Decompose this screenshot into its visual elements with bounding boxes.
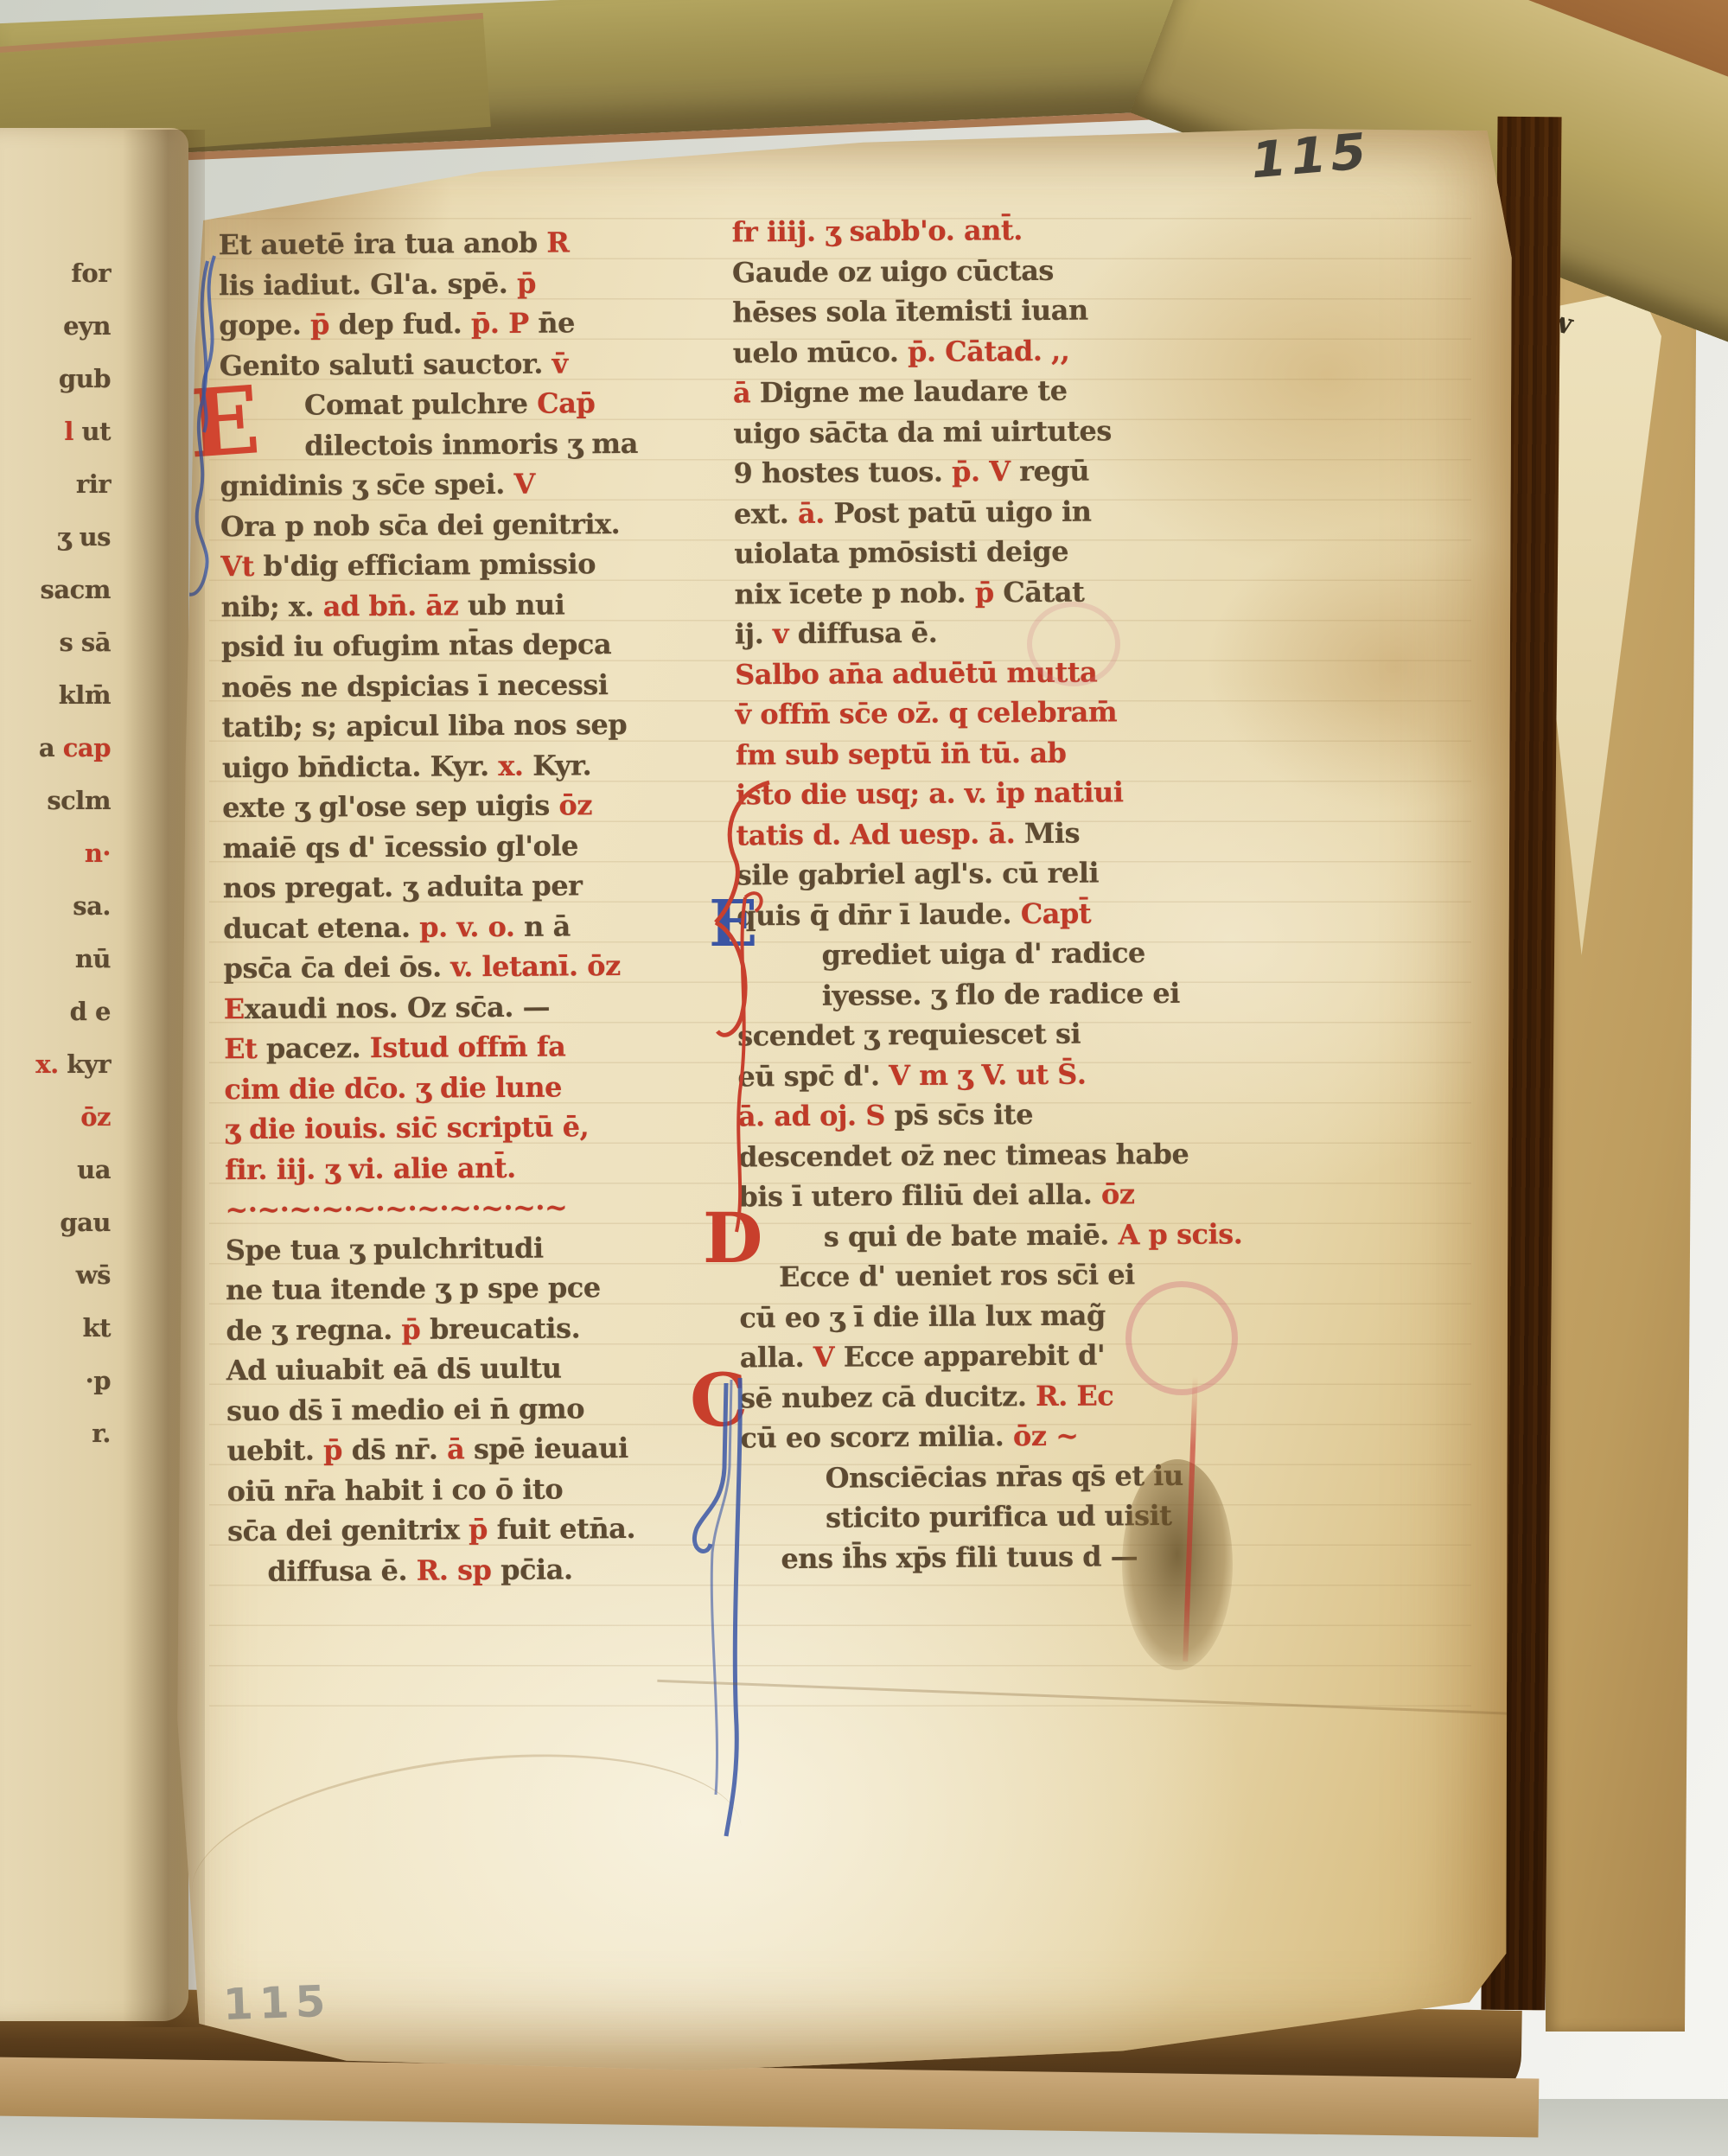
text-line: uiolata pmōsisti deige <box>734 530 1343 574</box>
text-run: n ā <box>524 909 571 942</box>
text-run: breucatis. <box>430 1311 580 1345</box>
text-line: Exaudi nos. Oz sc̄a. — <box>224 985 784 1029</box>
text-run: Ad uiuabit eā ds̄ uultu <box>226 1352 562 1387</box>
text-run: maiē qs d' īcessio gl'ole <box>222 829 578 864</box>
text-run: Cap̄ <box>537 386 595 419</box>
text-line: uigo sāc̄ta da mi uirtutes <box>733 409 1342 453</box>
text-run: p̄ <box>310 308 339 341</box>
text-run: V <box>513 468 535 501</box>
text-line: v̄ offm̄ sc̄e oz̄. q celebram̄ <box>735 691 1344 735</box>
text-run: regū <box>1019 455 1089 488</box>
text-line: nix īcete p nob. p̄ Cātat <box>734 570 1343 614</box>
text-run: Et auetē ira tua anob <box>219 226 547 262</box>
text-run: ōz <box>1101 1177 1135 1210</box>
text-run: v. letanī. ōz <box>450 949 621 983</box>
text-line: Ora p nob sc̄a dei genitrix. <box>220 502 781 546</box>
text-run: ā <box>447 1432 474 1465</box>
text-line: ext. ā. Post patū uigo in <box>734 489 1343 533</box>
faint-pink-ring-stain <box>1027 602 1120 686</box>
text-run: noēs ne dspicias ī necessi <box>221 668 609 704</box>
pink-ring-stain <box>1125 1281 1238 1395</box>
text-run: ne tua itende ʒ p spe pce <box>226 1271 601 1306</box>
text-run: E <box>224 992 245 1025</box>
text-line: ne tua itende ʒ p spe pce <box>226 1266 786 1311</box>
text-line: ʒ die iouis. sic̄ scriptū ē, <box>225 1106 785 1150</box>
text-run: pacez. <box>266 1031 370 1065</box>
text-line: cim die dc̄o. ʒ die lune <box>224 1065 784 1109</box>
text-run: alla. <box>740 1341 813 1375</box>
text-line: grediet uiga d' radice <box>736 932 1346 976</box>
text-line: x. kyr <box>0 1038 111 1091</box>
text-run: gau <box>60 1208 111 1237</box>
text-line: fir. iij. ʒ vi. alie ant̄. <box>225 1145 785 1190</box>
text-run: R. sp <box>417 1553 501 1587</box>
text-run: uiolata pmōsisti deige <box>734 535 1068 571</box>
text-line: uelo mūco. p̄. Cātad. ,, <box>732 329 1342 373</box>
text-line: Ecce d' ueniet ros sc̄i ei <box>739 1253 1349 1298</box>
text-line: tatis d. Ad uesp. ā. Mis <box>736 811 1345 855</box>
text-run: Spe tua ʒ pulchritudi <box>226 1231 544 1266</box>
text-run: descendet oz̄ nec timeas habe <box>738 1137 1189 1173</box>
text-line: gau <box>0 1196 111 1249</box>
text-run: n· <box>85 839 111 868</box>
text-run: ōz ~ <box>1013 1419 1079 1453</box>
text-line: ws̄ <box>0 1249 111 1302</box>
text-run: s qui de bate maiē. <box>824 1218 1119 1253</box>
text-line: fm sub septū in̄ tū. ab <box>736 730 1345 775</box>
text-run: nos pregat. ʒ aduita per <box>223 869 583 904</box>
text-run: isto die usq; a. v. ip natiui <box>736 775 1124 811</box>
text-line: ducat etena. p. v. o. n ā <box>223 904 783 948</box>
text-run: rir <box>76 469 111 499</box>
text-line: Et pacez. Istud offm̄ fa <box>224 1025 784 1069</box>
text-run: tatis d. Ad uesp. ā. <box>736 817 1024 852</box>
text-run: sacm <box>41 575 111 604</box>
text-line: s qui de bate maiē. A p scis. <box>739 1213 1349 1257</box>
text-run: d e <box>70 997 111 1026</box>
text-run: nib; x. <box>220 590 322 623</box>
text-line: Onsciēcias nr̄as qs̄ et iu <box>741 1454 1350 1498</box>
text-run: diffusa ē. <box>798 616 938 650</box>
text-line: kt <box>0 1302 111 1355</box>
text-run: dilectois inmoris ʒ ma <box>304 426 638 462</box>
text-run: Comat pulchre <box>304 387 537 422</box>
text-line: de ʒ regna. p̄ breucatis. <box>226 1306 786 1350</box>
text-run: x. <box>498 749 532 781</box>
text-run: kyr <box>67 1049 111 1079</box>
facing-page-text-fragments: foreyngubl utrirʒ ussacms sāklm̄a capscl… <box>0 247 114 1460</box>
text-line: psc̄a c̄a dei ōs. v. letanī. ōz <box>223 945 783 989</box>
text-run: exte ʒ gl'ose sep uigis <box>222 789 558 825</box>
text-run: psid iu ofugim nt̄as depca <box>221 628 612 663</box>
text-line: ā Digne me laudare te <box>733 369 1342 413</box>
text-line: oiū nr̄a habit i co ō ito <box>227 1467 787 1511</box>
text-run: quis q̄ dn̄r ī laude. <box>736 897 1021 932</box>
text-line: Vt b'dig efficiam pmissio <box>220 543 781 587</box>
text-run: Istud offm̄ fa <box>370 1030 566 1064</box>
text-line: fr iiij. ʒ sabb'o. ant̄. <box>731 208 1341 252</box>
text-run: Vt <box>220 550 264 583</box>
text-run: nix īcete p nob. <box>734 576 974 610</box>
text-line: ~·~·~·~·~·~·~·~·~·~·~ <box>225 1186 785 1230</box>
text-run: de ʒ regna. <box>226 1312 401 1346</box>
text-run: cim die dc̄o. ʒ die lune <box>224 1070 562 1106</box>
text-run: gope. <box>219 309 310 342</box>
text-line: nū <box>0 933 111 986</box>
text-run: Mis <box>1024 816 1080 849</box>
text-run: p̄ <box>975 576 1004 609</box>
text-run: x. <box>35 1049 67 1079</box>
text-line: sacm <box>0 564 111 616</box>
text-run: fuit etn̄a. <box>496 1512 635 1546</box>
text-line: for <box>0 247 111 300</box>
text-line: sa. <box>0 880 111 933</box>
text-run: ~·~·~·~·~·~·~·~·~·~·~ <box>225 1190 567 1226</box>
text-line: noēs ne dspicias ī necessi <box>221 663 781 707</box>
text-run: a <box>39 733 63 762</box>
text-line: ʒ us <box>0 511 111 564</box>
text-run: hēses sola ītemisti iuan <box>732 294 1088 329</box>
text-line: d e <box>0 986 111 1038</box>
text-line: klm̄ <box>0 669 111 722</box>
text-run: p̄. P <box>471 307 539 341</box>
text-run: n̄e <box>538 306 575 339</box>
parchment-wrinkle <box>180 1726 754 1993</box>
text-line: exte ʒ gl'ose sep uigis ōz <box>222 784 782 828</box>
text-line: sc̄a dei genitrix p̄ fuit etn̄a. <box>227 1508 787 1552</box>
text-line: ·p <box>0 1355 111 1407</box>
text-line: ā. ad oj. S ps̄ sc̄s ite <box>738 1093 1348 1137</box>
text-run: kt <box>83 1313 112 1343</box>
text-run: gub <box>59 364 111 393</box>
text-run: ext. <box>734 496 798 530</box>
text-run: bis ī utero filiū dei alla. <box>738 1178 1101 1214</box>
text-run: ā. ad oj. S <box>738 1099 895 1132</box>
text-run: dep fud. <box>338 307 471 341</box>
text-run: uigo bn̄dicta. Kyr. <box>222 749 499 784</box>
text-line: isto die usq; a. v. ip natiui <box>736 771 1345 815</box>
text-line: sē nubez cā ducitz. R. Ec <box>740 1374 1349 1418</box>
text-column-right: fr iiij. ʒ sabb'o. ant̄.Gaude oz uigo cū… <box>731 208 1350 1579</box>
folio-number-top: 115 <box>1247 121 1374 190</box>
text-run: sticito purifica ud uisit <box>826 1499 1172 1534</box>
text-line: ens ih̄s xp̄s fili tuus d — <box>741 1534 1350 1579</box>
text-run: scendet ʒ requiescet si <box>737 1017 1081 1053</box>
text-run: p̄ <box>323 1433 352 1466</box>
text-line: Genito saluti sauctor. v̄ <box>219 341 779 386</box>
text-run: klm̄ <box>59 680 111 710</box>
text-line: 9 hostes tuos. p̄. V regū <box>733 450 1342 494</box>
text-run: cū eo ʒ ī die illa lux mag̃ <box>739 1298 1106 1334</box>
text-run: cū eo scorz milia. <box>740 1419 1013 1454</box>
text-run: sē nubez cā ducitz. <box>740 1380 1036 1414</box>
text-run: b'dig efficiam pmissio <box>263 547 596 583</box>
text-line: rir <box>0 458 111 511</box>
text-run: Et <box>224 1032 266 1065</box>
text-line: Et auetē ira tua anob R <box>218 221 778 265</box>
text-line: eū spc̄ d'. V m ʒ V. ut S̄. <box>737 1052 1347 1096</box>
text-run: psc̄a c̄a dei ōs. <box>223 950 450 985</box>
text-run: ub nui <box>468 588 565 622</box>
text-run: p̄. V <box>952 455 1019 488</box>
text-run: ut <box>73 417 111 446</box>
text-line: alla. V Ecce apparebit d' <box>740 1334 1349 1378</box>
text-run: r. <box>92 1419 111 1448</box>
text-run: R. Ec <box>1036 1379 1114 1413</box>
text-run: Capt̄ <box>1021 896 1092 930</box>
text-run: ad bn̄. āz <box>323 589 468 622</box>
initial-letter-red-c: C <box>688 1362 749 1438</box>
text-run: oiū nr̄a habit i co ō ito <box>227 1472 564 1508</box>
text-run: p. v. o. <box>419 909 524 943</box>
text-run: p̄. Cātad. ,, <box>908 334 1070 367</box>
text-run: ps̄ sc̄s ite <box>894 1098 1033 1132</box>
text-line: dilectois inmoris ʒ ma <box>220 422 780 466</box>
text-line: gub <box>0 353 111 405</box>
text-line: gope. p̄ dep fud. p̄. P n̄e <box>219 302 779 346</box>
text-run: l <box>64 417 73 446</box>
text-run: ens ih̄s xp̄s fili tuus d — <box>781 1540 1138 1575</box>
text-run: Digne me laudare te <box>760 374 1068 409</box>
facing-page-edge: foreyngubl utrirʒ ussacms sāklm̄a capscl… <box>0 128 188 2021</box>
text-run: eū spc̄ d'. <box>737 1059 889 1093</box>
text-run: eyn <box>63 311 111 341</box>
text-run: diffusa ē. <box>267 1553 417 1587</box>
text-run: Genito saluti sauctor. <box>219 347 552 382</box>
text-run: fir. iij. ʒ vi. alie ant̄. <box>225 1151 516 1185</box>
text-line: quis q̄ dn̄r ī laude. Capt̄ <box>736 891 1346 935</box>
text-run: sa. <box>73 891 111 921</box>
initial-letter-red-d: D <box>703 1203 762 1273</box>
text-run: Post patū uigo in <box>833 494 1091 529</box>
text-line: tatib; s; apicul liba nos sep <box>221 704 781 748</box>
text-run: sc̄a dei genitrix <box>227 1513 469 1547</box>
text-run: Gaude oz uigo cūctas <box>732 253 1054 289</box>
text-run: ʒ us <box>57 522 111 552</box>
initial-letter-red-e: E <box>185 373 263 471</box>
text-run: grediet uiga d' radice <box>821 936 1145 972</box>
text-run: ds̄ nr̄. <box>351 1432 447 1466</box>
text-run: ā. <box>798 496 834 529</box>
text-run: v <box>773 617 798 650</box>
text-line: sclm <box>0 775 111 827</box>
text-line: hēses sola ītemisti iuan <box>732 289 1342 333</box>
text-run: nū <box>75 944 111 973</box>
initial-letter-blue-e: E <box>709 892 757 956</box>
text-run: R <box>546 226 569 258</box>
text-line: uigo bn̄dicta. Kyr. x. Kyr. <box>222 743 782 788</box>
text-run: Onsciēcias nr̄as qs̄ et iu <box>826 1458 1183 1494</box>
text-run: ua <box>77 1155 111 1184</box>
text-run: Kyr. <box>532 749 591 781</box>
text-run: A p scis. <box>1118 1217 1242 1251</box>
text-run: ōz <box>80 1102 111 1132</box>
text-run: ā <box>733 376 760 409</box>
text-run: ij. <box>735 617 773 650</box>
text-run: uigo sāc̄ta da mi uirtutes <box>733 414 1112 450</box>
text-run: V m ʒ V. ut S̄. <box>889 1057 1086 1092</box>
text-run: ws̄ <box>76 1260 111 1290</box>
text-run: v̄ <box>552 347 567 380</box>
text-line: iyesse. ʒ flo de radice ei <box>737 972 1347 1016</box>
text-line: maiē qs d' īcessio gl'ole <box>222 824 782 868</box>
text-line: sticito purifica ud uisit <box>741 1495 1350 1539</box>
text-run: gnidinis ʒ sc̄e spei. <box>220 468 513 502</box>
text-line: n· <box>0 827 111 880</box>
text-line: scendet ʒ requiescet si <box>737 1012 1347 1056</box>
ink-stain-dark <box>1122 1459 1233 1670</box>
text-run: Ora p nob sc̄a dei genitrix. <box>220 507 621 543</box>
manuscript-photo: w foreyngubl utrirʒ ussacms sāklm̄a caps… <box>0 0 1728 2156</box>
parchment-crease <box>657 1680 1521 1715</box>
text-run: p̄ <box>401 1312 430 1345</box>
text-run: xaudi nos. Oz sc̄a. — <box>245 990 551 1024</box>
text-line: Gaude oz uigo cūctas <box>732 248 1342 292</box>
text-line: lis iadiut. Gl'a. spē. p̄ <box>219 261 779 305</box>
text-run: lis iadiut. Gl'a. spē. <box>219 266 517 301</box>
text-line: ua <box>0 1144 111 1196</box>
text-run: spē ieuaui <box>474 1432 628 1465</box>
text-run: s sā <box>59 628 111 657</box>
text-line: gnidinis ʒ sc̄e spei. V <box>220 462 780 507</box>
text-run: tatib; s; apicul liba nos sep <box>221 708 627 743</box>
text-line: r. <box>0 1407 111 1460</box>
text-run: Ecce apparebit d' <box>844 1338 1106 1373</box>
text-run: fr iiij. ʒ sabb'o. ant̄. <box>732 214 1023 248</box>
text-line: nos pregat. ʒ aduita per <box>223 864 783 909</box>
text-line: bis ī utero filiū dei alla. ōz <box>738 1173 1348 1217</box>
text-run: ducat etena. <box>223 910 419 945</box>
text-line: cū eo scorz milia. ōz ~ <box>740 1414 1349 1458</box>
text-run: sile gabriel agl's. cū reli <box>736 857 1100 892</box>
text-run: ōz <box>558 788 592 821</box>
manuscript-page: 115 Et auetē ira tua anob Rlis iadiut. G… <box>156 121 1517 2070</box>
text-run: uebit. <box>226 1433 323 1467</box>
text-line: sile gabriel agl's. cū reli <box>736 852 1346 896</box>
text-run: ·p <box>86 1366 111 1395</box>
text-run: pc̄ia. <box>501 1553 573 1586</box>
text-line: eyn <box>0 300 111 353</box>
text-line: psid iu ofugim nt̄as depca <box>221 623 781 667</box>
text-run: p̄ <box>469 1513 497 1546</box>
text-line: a cap <box>0 722 111 775</box>
text-line: l ut <box>0 405 111 458</box>
text-run: ʒ die iouis. sic̄ scriptū ē, <box>225 1110 590 1145</box>
text-line: diffusa ē. R. sp pc̄ia. <box>227 1547 787 1591</box>
text-run: cap <box>63 733 111 762</box>
text-run: 9 hostes tuos. <box>733 456 952 490</box>
text-run: for <box>71 258 111 288</box>
text-run: suo ds̄ ī medio ei n̄ gmo <box>226 1392 584 1427</box>
text-line: nib; x. ad bn̄. āz ub nui <box>220 583 781 627</box>
text-run: p̄ <box>517 266 536 299</box>
text-run: v̄ offm̄ sc̄e oz̄. q celebram̄ <box>735 695 1117 730</box>
text-line: cū eo ʒ ī die illa lux mag̃ <box>739 1293 1349 1337</box>
text-run: V <box>813 1341 844 1374</box>
text-run: iyesse. ʒ flo de radice ei <box>822 976 1180 1011</box>
text-run: Ecce d' ueniet ros sc̄i ei <box>779 1258 1135 1293</box>
text-run: sclm <box>47 786 111 815</box>
text-run: uelo mūco. <box>732 335 908 369</box>
text-run: fm sub septū in̄ tū. ab <box>736 736 1067 771</box>
folio-number-bottom: 115 <box>222 1976 332 2030</box>
text-line: ōz <box>0 1091 111 1144</box>
text-line: s sā <box>0 616 111 669</box>
text-line: Comat pulchre Cap̄ <box>220 382 780 426</box>
text-line: descendet oz̄ nec timeas habe <box>738 1132 1348 1177</box>
text-line: Spe tua ʒ pulchritudi <box>226 1226 786 1270</box>
